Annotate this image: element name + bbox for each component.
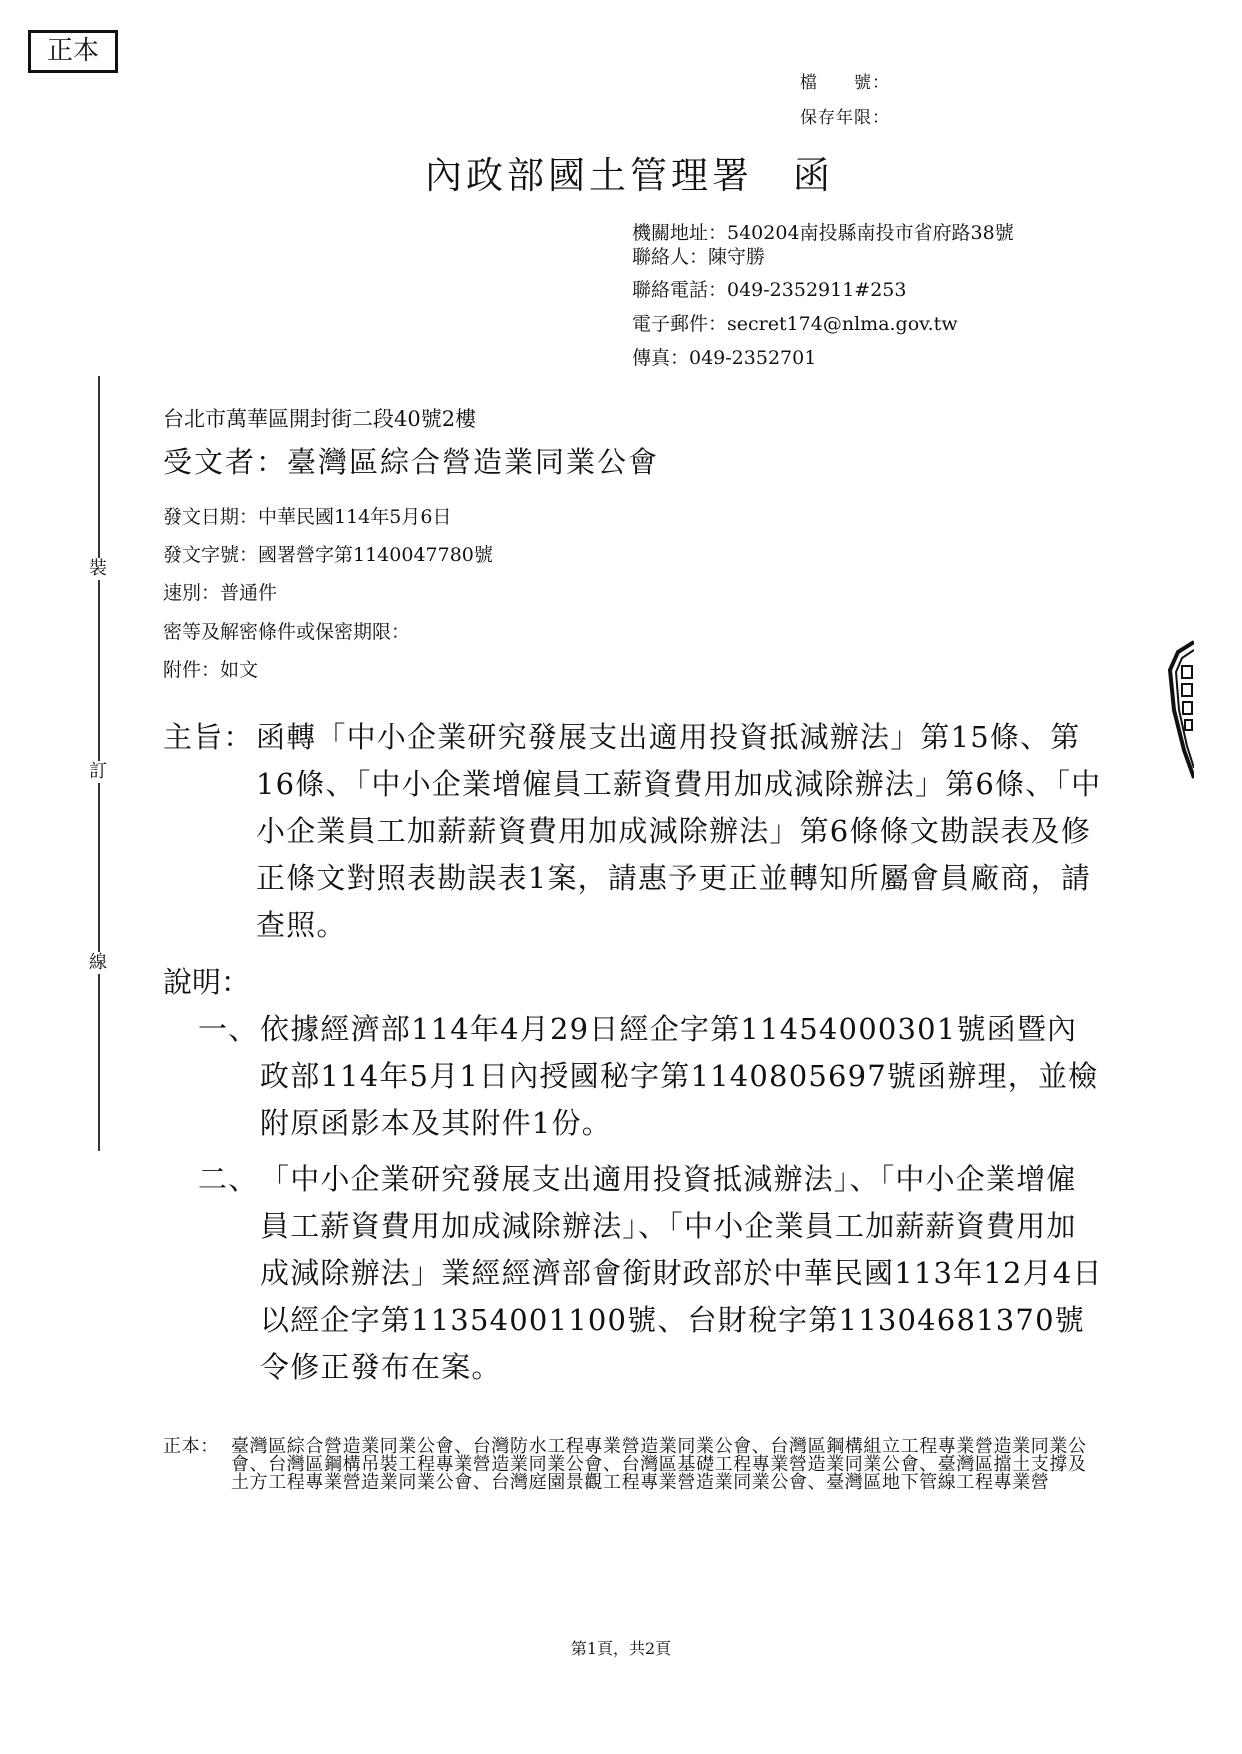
- contact-phone: 聯絡電話：049-2352911#253: [632, 275, 907, 302]
- explanation-item: 一、 依據經濟部114年4月29日經企字第11454000301號函暨內政部11…: [198, 1006, 1103, 1147]
- distribution-label: 正本：: [163, 1438, 219, 1456]
- recipient-name: 受文者：臺灣區綜合營造業同業公會: [163, 440, 659, 481]
- binding-char-xian: 線: [89, 952, 107, 974]
- seal-stamp-icon: [1168, 640, 1194, 780]
- contact-email: 電子郵件：secret174@nlma.gov.tw: [632, 309, 958, 336]
- recipient-address: 台北市萬華區開封街二段40號2樓: [163, 403, 476, 433]
- delivery-speed: 速別：普通件: [163, 578, 277, 605]
- file-number-label: 檔 號：: [800, 68, 890, 93]
- item-text: 「中小企業研究發展支出適用投資抵減辦法」、「中小企業增僱員工薪資費用加成減除辦法…: [260, 1156, 1103, 1391]
- distribution-text: 臺灣區綜合營造業同業公會、台灣防水工程專業營造業同業公會、台灣區鋼構組立工程專業…: [231, 1438, 1103, 1492]
- subject-text: 函轉「中小企業研究發展支出適用投資抵減辦法」第15條、第16條、「中小企業增僱員…: [256, 714, 1103, 949]
- contact-fax: 傳真：049-2352701: [632, 343, 816, 370]
- page-number: 第1頁，共2頁: [0, 1636, 1242, 1659]
- agency-name: 內政部國土管理署: [425, 154, 753, 197]
- item-number: 二、: [198, 1156, 258, 1203]
- issue-date: 發文日期：中華民國114年5月6日: [163, 502, 451, 529]
- item-text: 依據經濟部114年4月29日經企字第11454000301號函暨內政部114年5…: [260, 1006, 1103, 1147]
- contact-person: 聯絡人：陳守勝: [632, 242, 765, 269]
- subject-label: 主旨：: [163, 714, 254, 761]
- agency-address: 機關地址：540204南投縣南投市省府路38號: [632, 218, 1014, 245]
- attachment: 附件：如文: [163, 655, 258, 682]
- document-number: 發文字號：國署營字第1140047780號: [163, 540, 493, 567]
- binding-char-zhuang: 裝: [89, 558, 107, 580]
- copy-type-stamp: 正本: [28, 30, 118, 73]
- explanation-item: 二、 「中小企業研究發展支出適用投資抵減辦法」、「中小企業增僱員工薪資費用加成減…: [198, 1156, 1103, 1391]
- document-type: 函: [793, 154, 834, 197]
- subject-section: 主旨： 函轉「中小企業研究發展支出適用投資抵減辦法」第15條、第16條、「中小企…: [163, 714, 1103, 949]
- item-number: 一、: [198, 1006, 258, 1053]
- document-title: 內政部國土管理署函: [425, 145, 834, 199]
- explanation-label: 說明：: [163, 960, 250, 1001]
- binding-char-ding: 訂: [89, 761, 107, 783]
- classification: 密等及解密條件或保密期限：: [163, 617, 410, 644]
- retention-period-label: 保存年限：: [800, 103, 890, 128]
- distribution-list: 正本： 臺灣區綜合營造業同業公會、台灣防水工程專業營造業同業公會、台灣區鋼構組立…: [163, 1438, 1103, 1492]
